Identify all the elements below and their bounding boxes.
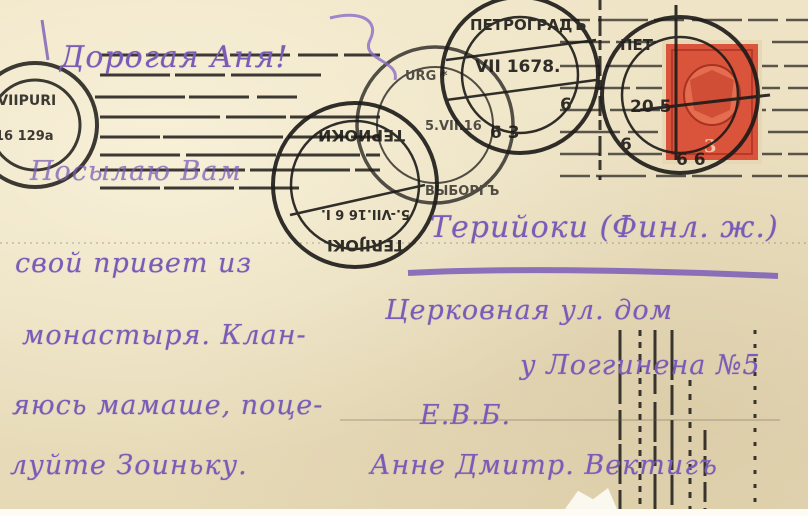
address-line-1: Терийоки (Финл. ж.) [430, 210, 779, 245]
svg-text:16 129a: 16 129a [0, 129, 54, 144]
message-line-4: яюсь мамаше, поце- [12, 390, 323, 421]
address-line-2: Церковная ул. дом [385, 295, 673, 326]
svg-text:ВЫБОРГЪ: ВЫБОРГЪ [425, 184, 499, 199]
svg-text:ПЕТ: ПЕТ [620, 36, 654, 54]
message-line-1: Посылаю Вам [30, 156, 242, 187]
svg-text:ТЕРИОКИ: ТЕРИОКИ [318, 126, 405, 145]
postcard: *VIIPURI 16 129a 5.-VII.16 6 I. ТЕРИОКИ … [0, 0, 808, 516]
address-line-4: Е.В.Б. [420, 400, 511, 431]
message-line-3: монастыря. Клан- [22, 320, 307, 351]
scan-edge [0, 509, 808, 516]
svg-text:6: 6 [620, 135, 632, 155]
svg-text:TERIJOKI: TERIJOKI [327, 236, 405, 255]
svg-text:5.-VII.16 6 I.: 5.-VII.16 6 I. [321, 206, 410, 221]
message-line-5: луйте Зоиньку. [10, 450, 248, 481]
address-line-3: у Логгинена №5 [520, 350, 761, 381]
svg-text:VII 1678.: VII 1678. [475, 57, 561, 77]
svg-text:5.VII.16: 5.VII.16 [425, 119, 482, 134]
svg-text:ПЕТРОГРАДЪ: ПЕТРОГРАДЪ [470, 16, 586, 34]
greeting: Дорогая Аня! [60, 40, 289, 75]
address-line-5: Анне Дмитр. Вектигъ [370, 450, 718, 481]
svg-text:*VIIPURI: *VIIPURI [0, 93, 56, 109]
message-line-2: свой привет из [15, 248, 252, 279]
svg-text:6 6: 6 6 [676, 150, 706, 170]
postmark-terijoki: 5.-VII.16 6 I. ТЕРИОКИ TERIJOKI [273, 103, 437, 267]
svg-text:6 3: 6 3 [490, 123, 520, 143]
svg-text:6: 6 [560, 95, 572, 115]
